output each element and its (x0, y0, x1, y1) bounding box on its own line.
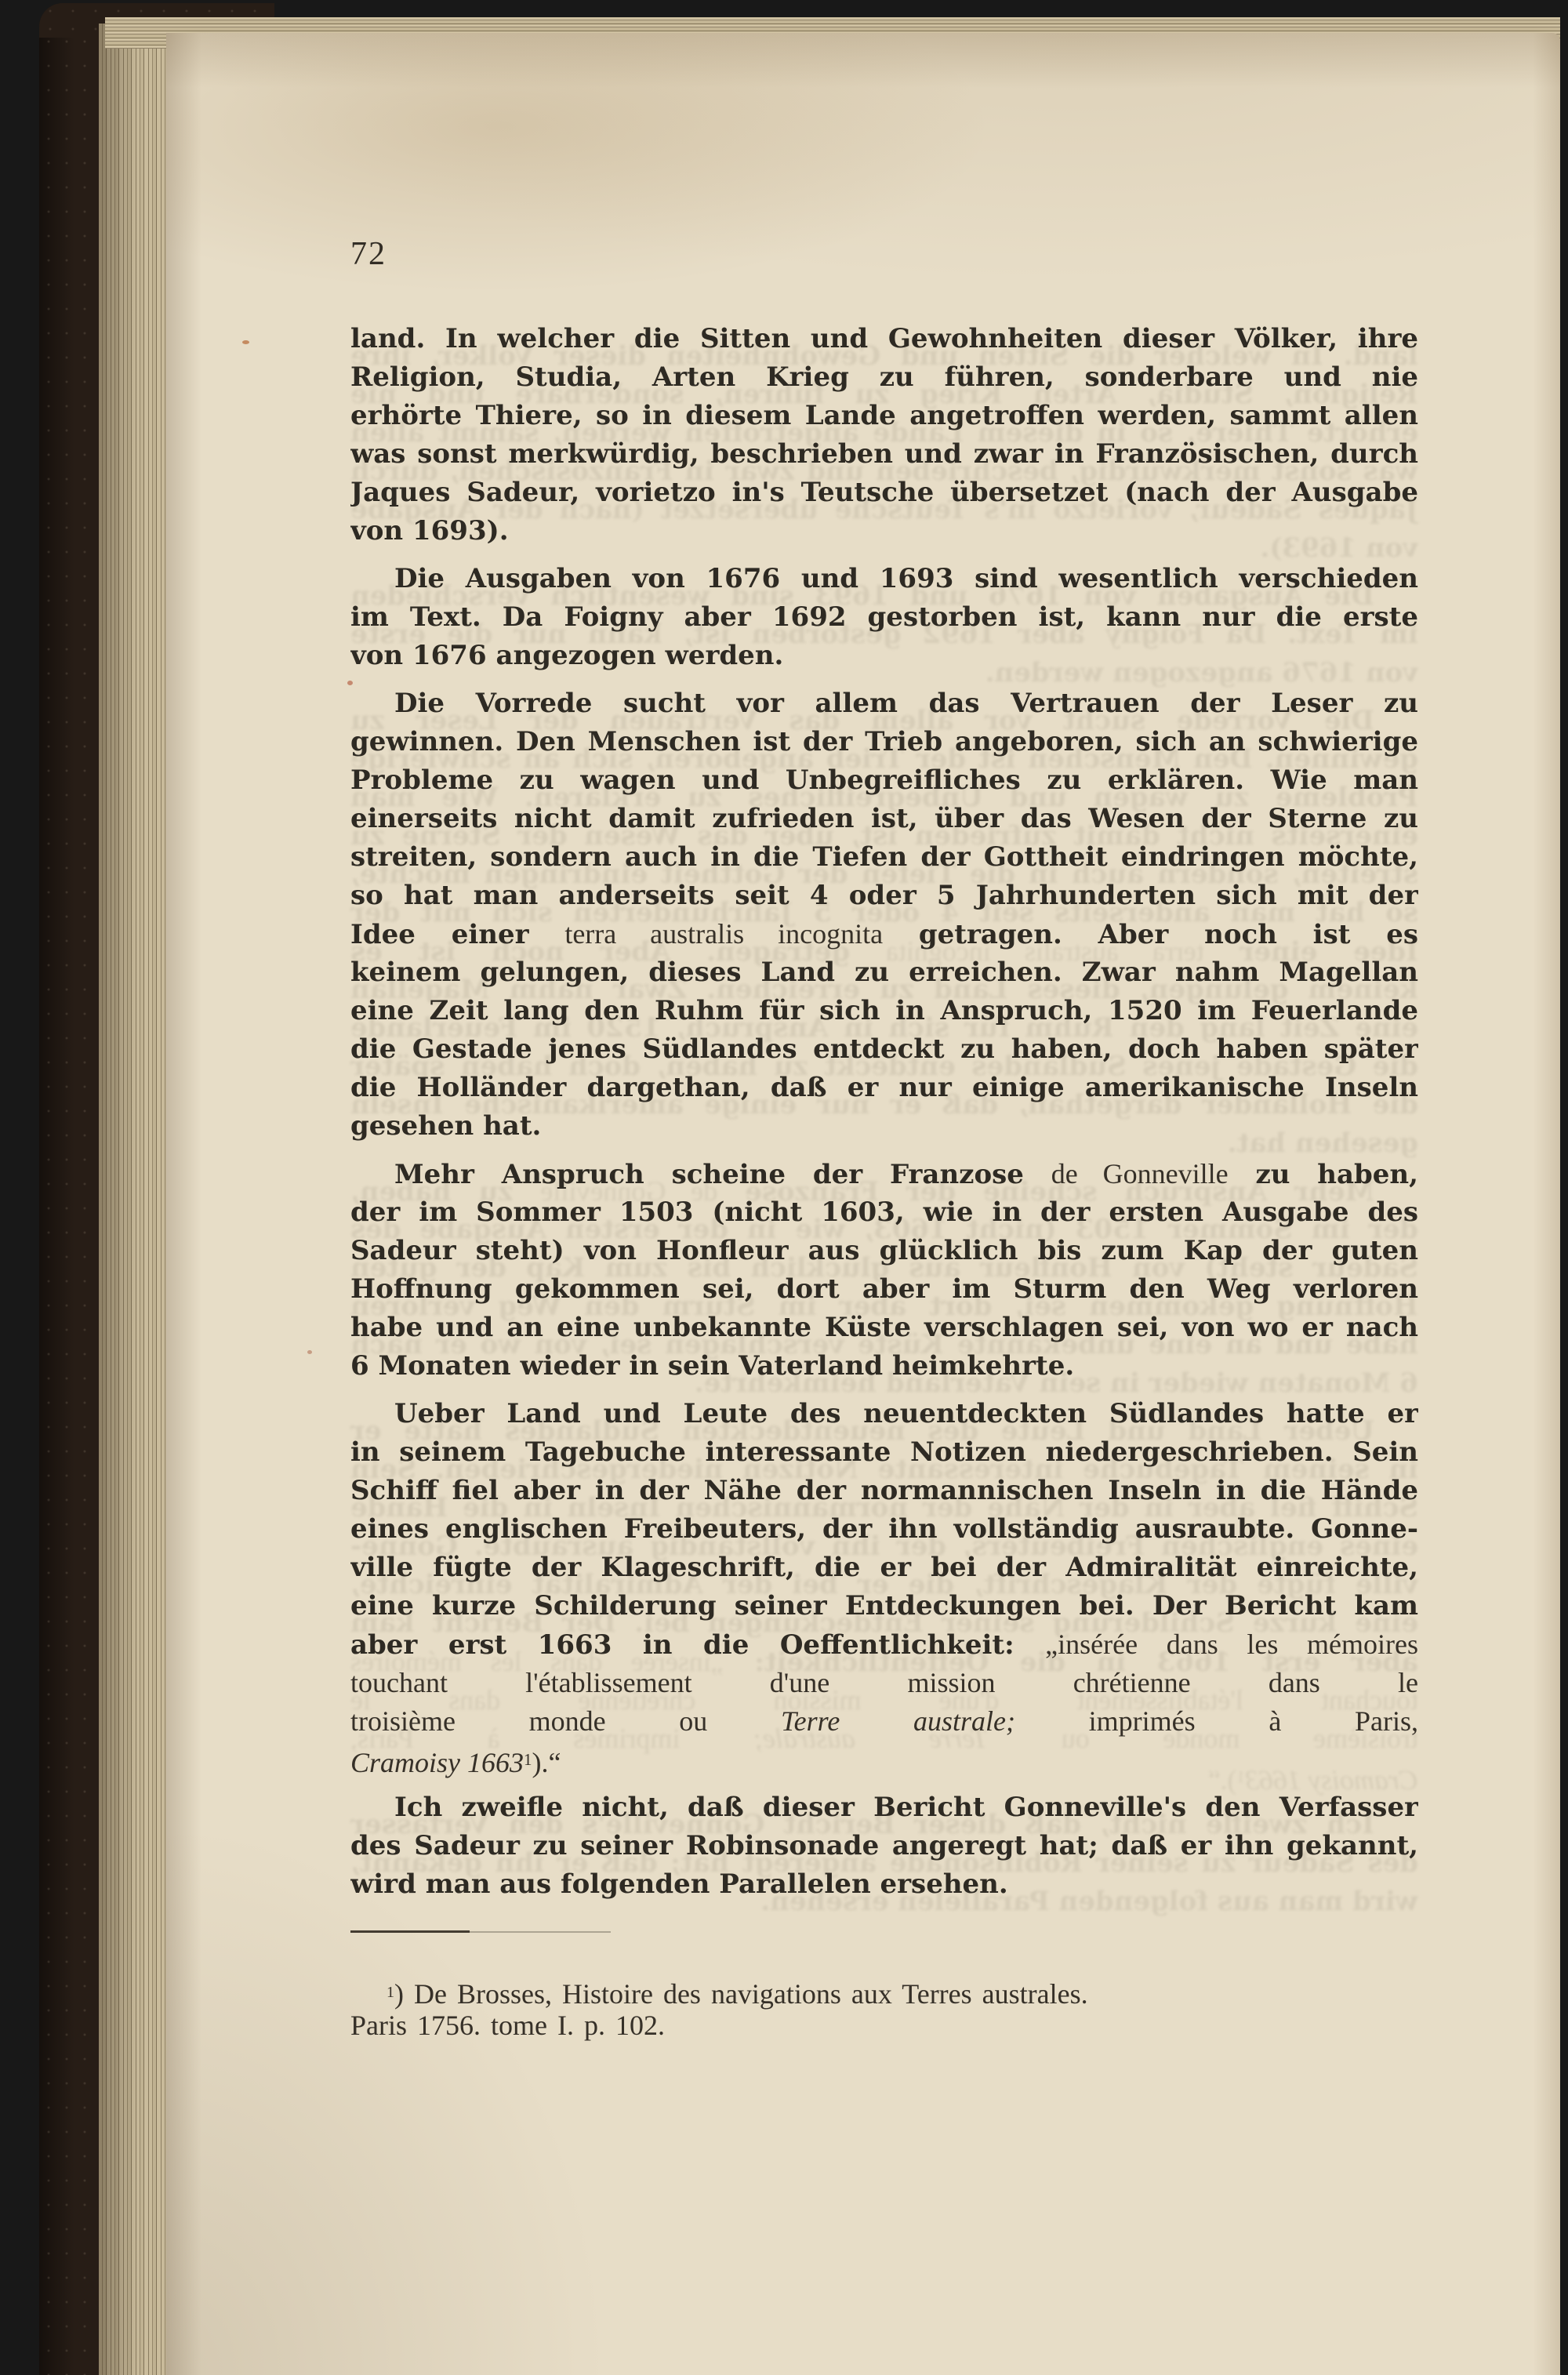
book-photo: land. In welcher die Sitten und Gewohnhe… (0, 0, 1568, 2375)
fraktur-text: die Gestade jenes Südlandes entdeckt zu … (350, 1033, 1418, 1065)
book-cover (39, 3, 103, 2375)
text-line: Ich zweifle nicht, daß dieser Bericht Go… (350, 1789, 1418, 1827)
fraktur-text: der im Sommer 1503 (nicht 1603, wie in d… (350, 1197, 1418, 1228)
text-line: erhörte Thiere, so in diesem Lande anget… (350, 397, 1418, 435)
antiqua-text: troisième monde ou (350, 1705, 781, 1737)
text-line: so hat man anderseits seit 4 oder 5 Jahr… (350, 877, 1418, 915)
antiqua-text: „insérée dans les mémoires (1045, 1629, 1418, 1660)
fraktur-text: Probleme zu wagen und Unbegreifliches zu… (350, 764, 1418, 796)
paper-stain (307, 1350, 312, 1354)
text-line: land. In welcher die Sitten und Gewohnhe… (350, 320, 1418, 358)
fraktur-text: eine Zeit lang den Ruhm für sich in Ansp… (350, 995, 1418, 1026)
paragraph: Ueber Land und Leute des neuentdeckten S… (350, 1395, 1418, 1779)
antiqua-text: 1 (387, 1984, 394, 2001)
text-line: der im Sommer 1503 (nicht 1603, wie in d… (350, 1193, 1418, 1232)
text-line: eine kurze Schilderung seiner Entdeckung… (350, 1587, 1418, 1625)
fraktur-text: des Sadeur zu seiner Robinsonade angereg… (350, 1830, 1418, 1861)
text-line: Religion, Studia, Arten Krieg zu führen,… (350, 358, 1418, 397)
text-line: Hoffnung gekommen sei, dort aber im Stur… (350, 1270, 1418, 1309)
text-line: Die Vorrede sucht vor allem das Vertraue… (350, 685, 1418, 723)
fraktur-text: von 1676 angezogen werden. (350, 640, 783, 671)
text-line: ville fügte der Klageschrift, die er bei… (350, 1549, 1418, 1587)
antiqua-text: 1 (524, 1750, 532, 1769)
text-line: was sonst merkwürdig, beschrieben und zw… (350, 435, 1418, 474)
text-line: Probleme zu wagen und Unbegreifliches zu… (350, 761, 1418, 800)
fraktur-text: eines englischen Freibeuters, der ihn vo… (350, 1513, 1418, 1545)
paragraph: land. In welcher die Sitten und Gewohnhe… (350, 320, 1418, 550)
text-line: von 1693). (350, 512, 1418, 550)
footnote-line: Paris 1756. tome I. p. 102. (350, 2009, 1418, 2042)
fraktur-text: wird man aus folgenden Parallelen ersehe… (350, 1868, 1008, 1900)
footnote: 1) De Brosses, Histoire des navigations … (350, 1976, 1418, 2042)
fraktur-text: getragen. Aber noch ist es (883, 919, 1418, 950)
antiqua-text: de Gonneville (1051, 1158, 1229, 1189)
paragraph: Ich zweifle nicht, daß dieser Bericht Go… (350, 1789, 1418, 1904)
fraktur-text: Religion, Studia, Arten Krieg zu führen,… (350, 361, 1418, 393)
page-edge-stack-left (99, 24, 168, 2375)
fraktur-text: habe und an eine unbekannte Küste versch… (350, 1312, 1418, 1343)
fraktur-text: land. In welcher die Sitten und Gewohnhe… (350, 323, 1418, 354)
fraktur-text: Jaques Sadeur, vorietzo in's Teutsche üb… (350, 477, 1418, 508)
fraktur-text: Mehr Anspruch scheine der Franzose (394, 1159, 1051, 1190)
page-text: land. In welcher die Sitten und Gewohnhe… (350, 320, 1418, 1904)
paper-stain (242, 340, 249, 344)
paragraph: Die Vorrede sucht vor allem das Vertraue… (350, 685, 1418, 1146)
fraktur-text: Ueber Land und Leute des neuentdeckten S… (394, 1398, 1418, 1429)
text-line: Ueber Land und Leute des neuentdeckten S… (350, 1395, 1418, 1433)
text-line: in seinem Tagebuche interessante Notizen… (350, 1433, 1418, 1472)
fraktur-text: Idee einer (350, 919, 564, 950)
antiqua-text: ) De Brosses, Histoire des navigations a… (394, 1978, 1088, 2010)
text-line: des Sadeur zu seiner Robinsonade angereg… (350, 1827, 1418, 1865)
footnote-rule-faded (470, 1931, 611, 1933)
fraktur-text: Sadeur steht) von Honfleur aus glücklich… (350, 1235, 1418, 1266)
antiqua-text: Terre australe; (781, 1705, 1015, 1737)
text-line: Jaques Sadeur, vorietzo in's Teutsche üb… (350, 474, 1418, 512)
paragraph: Mehr Anspruch scheine der Franzose de Go… (350, 1155, 1418, 1385)
fraktur-text: Schiff fiel aber in der Nähe der normann… (350, 1475, 1418, 1506)
fraktur-text: gewinnen. Den Menschen ist der Trieb ang… (350, 726, 1418, 757)
text-line: habe und an eine unbekannte Küste versch… (350, 1309, 1418, 1347)
text-line: einerseits nicht damit zufrieden ist, üb… (350, 800, 1418, 838)
fraktur-text: aber erst 1663 in die Oeffentlichkeit: (350, 1629, 1045, 1661)
text-line: die Holländer dargethan, daß er nur eini… (350, 1069, 1418, 1107)
antiqua-text: Paris 1756. tome I. p. 102. (350, 2010, 665, 2041)
page-number: 72 (350, 235, 387, 273)
text-line: Die Ausgaben von 1676 und 1693 sind wese… (350, 560, 1418, 598)
antiqua-text: terra australis incognita (564, 918, 883, 950)
text-line: gewinnen. Den Menschen ist der Trieb ang… (350, 723, 1418, 761)
text-line: touchant l'établissement d'une mission c… (350, 1664, 1418, 1702)
fraktur-text: Die Ausgaben von 1676 und 1693 sind wese… (394, 563, 1418, 594)
fraktur-text: Die Vorrede sucht vor allem das Vertraue… (394, 688, 1418, 719)
text-line: Schiff fiel aber in der Nähe der normann… (350, 1472, 1418, 1510)
fraktur-text: streiten, sondern auch in die Tiefen der… (350, 841, 1418, 873)
fraktur-text: im Text. Da Foigny aber 1692 gestorben i… (350, 601, 1418, 633)
footnote-rule (350, 1930, 470, 1933)
antiqua-text: imprimés à Paris, (1015, 1705, 1418, 1737)
text-line: Idee einer terra australis incognita get… (350, 915, 1418, 953)
fraktur-text: gesehen hat. (350, 1110, 541, 1142)
text-line: eine Zeit lang den Ruhm für sich in Ansp… (350, 992, 1418, 1030)
text-line: wird man aus folgenden Parallelen ersehe… (350, 1865, 1418, 1904)
text-line: Mehr Anspruch scheine der Franzose de Go… (350, 1155, 1418, 1193)
text-line: keinem gelungen, dieses Land zu erreiche… (350, 953, 1418, 992)
antiqua-text: ).“ (532, 1747, 561, 1778)
antiqua-text: touchant l'établissement d'une mission c… (350, 1667, 1418, 1698)
fraktur-text: erhörte Thiere, so in diesem Lande anget… (350, 400, 1418, 431)
text-line: troisième monde ou Terre australe; impri… (350, 1702, 1418, 1741)
text-line: von 1676 angezogen werden. (350, 637, 1418, 675)
fraktur-text: eine kurze Schilderung seiner Entdeckung… (350, 1590, 1418, 1621)
text-line: im Text. Da Foigny aber 1692 gestorben i… (350, 598, 1418, 637)
fraktur-text: keinem gelungen, dieses Land zu erreiche… (350, 957, 1418, 988)
fraktur-text: Hoffnung gekommen sei, dort aber im Stur… (350, 1273, 1418, 1305)
footnote-line: 1) De Brosses, Histoire des navigations … (350, 1976, 1418, 2009)
text-line: 6 Monaten wieder in sein Vaterland heimk… (350, 1347, 1418, 1385)
text-line: aber erst 1663 in die Oeffentlichkeit: „… (350, 1625, 1418, 1664)
fraktur-text: 6 Monaten wieder in sein Vaterland heimk… (350, 1350, 1074, 1382)
fraktur-text: in seinem Tagebuche interessante Notizen… (350, 1436, 1418, 1468)
text-line: Cramoisy 16631).“ (350, 1741, 1418, 1779)
fraktur-text: ville fügte der Klageschrift, die er bei… (350, 1552, 1418, 1583)
fraktur-text: Ich zweifle nicht, daß dieser Bericht Go… (394, 1792, 1418, 1823)
paragraph: Die Ausgaben von 1676 und 1693 sind wese… (350, 560, 1418, 675)
text-line: Sadeur steht) von Honfleur aus glücklich… (350, 1232, 1418, 1270)
fraktur-text: von 1693). (350, 515, 509, 547)
fraktur-text: die Holländer dargethan, daß er nur eini… (350, 1072, 1418, 1103)
text-line: streiten, sondern auch in die Tiefen der… (350, 838, 1418, 877)
text-line: gesehen hat. (350, 1107, 1418, 1146)
antiqua-text: Cramoisy 1663 (350, 1747, 524, 1778)
fraktur-text: so hat man anderseits seit 4 oder 5 Jahr… (350, 880, 1418, 911)
fraktur-text: einerseits nicht damit zufrieden ist, üb… (350, 803, 1418, 834)
fraktur-text: zu haben, (1229, 1159, 1418, 1190)
fraktur-text: was sonst merkwürdig, beschrieben und zw… (350, 438, 1418, 470)
text-line: die Gestade jenes Südlandes entdeckt zu … (350, 1030, 1418, 1069)
text-line: eines englischen Freibeuters, der ihn vo… (350, 1510, 1418, 1549)
